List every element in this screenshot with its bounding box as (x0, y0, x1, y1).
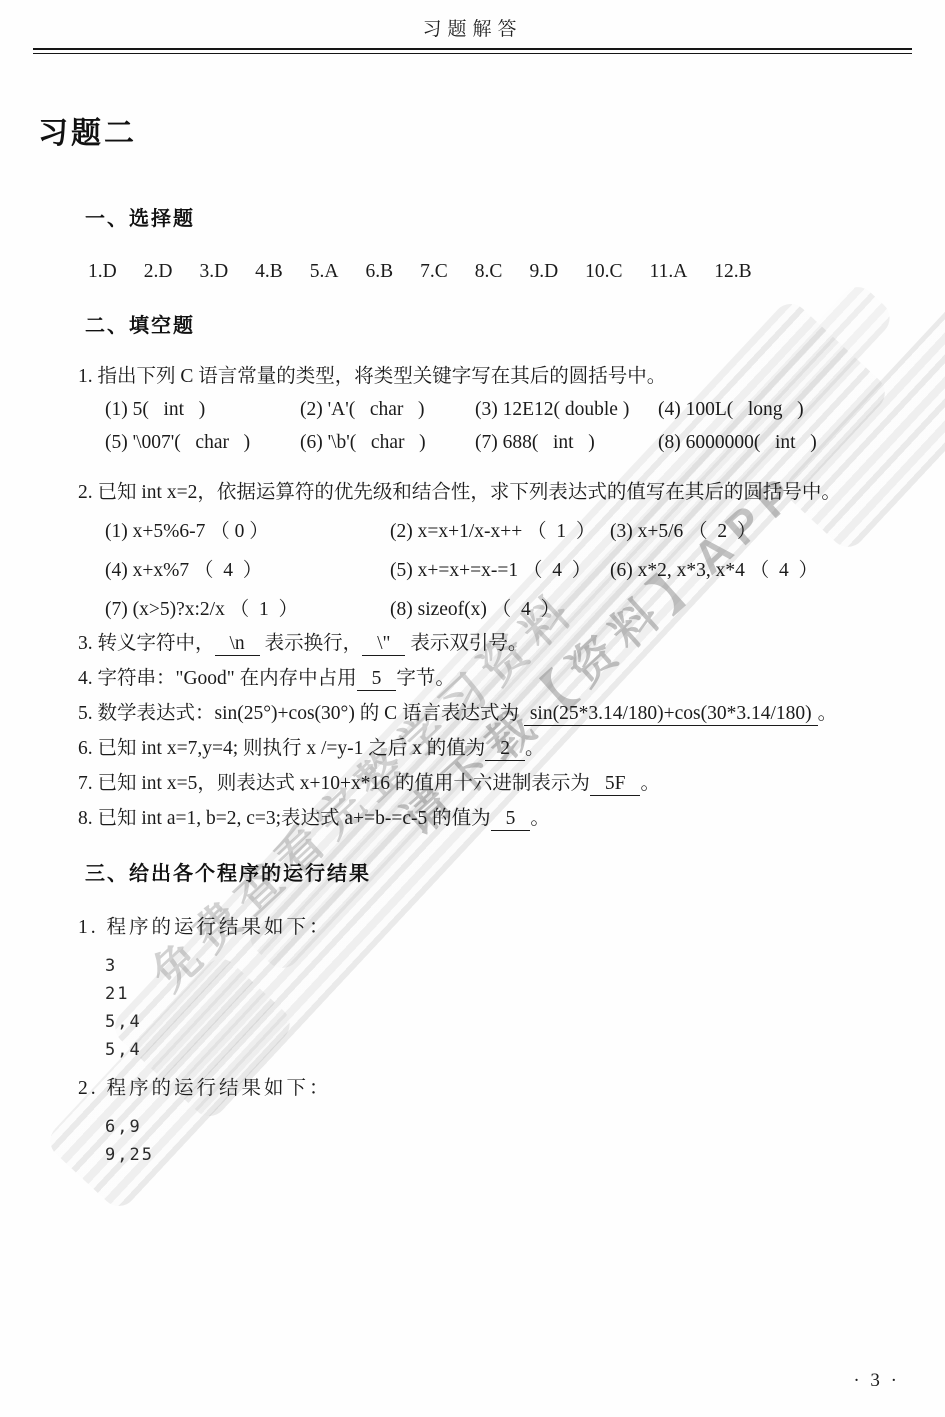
chapter-title: 习题二 (38, 108, 945, 152)
fill-item-2-row2: (4) x+x%7 （ 4 ） (5) x+=x+=x-=1 （ 4 ） (6)… (105, 554, 945, 582)
output-line: 6,9 (105, 1113, 945, 1141)
choice-answer: 4.B (255, 261, 283, 283)
program-1-output: 3 21 5,4 5,4 (105, 952, 945, 1064)
blank-answer: \n (215, 632, 260, 656)
expression-answer: (7) (x>5)?x:2/x （ 1 ） (105, 593, 390, 621)
fill-item-1-stem: 1. 指出下列 C 语言常量的类型，将类型关键字写在其后的圆括号中。 (78, 365, 945, 388)
item-text: 8. 已知 int a=1, b=2, c=3;表达式 a+=b-=c-5 的值… (78, 808, 491, 829)
program-2-label: 2. 程序的运行结果如下： (78, 1077, 945, 1100)
item-text: 。 (640, 773, 660, 794)
constant-answer: (2) 'A'( char ) (300, 399, 475, 421)
item-text: 表示双引号。 (405, 633, 527, 654)
choice-answer: 12.B (714, 261, 751, 283)
constant-answer: (3) 12E12( double ) (475, 399, 658, 421)
blank-answer: 5 (357, 667, 397, 691)
item-text: 。 (525, 738, 545, 759)
section-heading-programs: 三、给出各个程序的运行结果 (85, 857, 945, 886)
choice-answers-row: 1.D 2.D 3.D 4.B 5.A 6.B 7.C 8.C 9.D 10.C… (88, 261, 945, 283)
fill-item-2-row1: (1) x+5%6-7 （ 0 ） (2) x=x+1/x-x++ （ 1 ） … (105, 515, 945, 543)
item-text: 。 (530, 808, 550, 829)
expression-answer: (2) x=x+1/x-x++ （ 1 ） (390, 515, 610, 543)
constant-answer: (4) 100L( long ) (658, 399, 804, 421)
fill-item-3: 3. 转义字符中，\n 表示换行，\" 表示双引号。 (78, 632, 945, 656)
blank-answer: \" (362, 632, 405, 656)
blank-answer: 5 (491, 807, 531, 831)
choice-answer: 8.C (475, 261, 503, 283)
blank-answer: 5F (590, 772, 641, 796)
expression-answer: (3) x+5/6 （ 2 ） (610, 515, 756, 543)
fill-item-2-row3: (7) (x>5)?x:2/x （ 1 ） (8) sizeof(x) （ 4 … (105, 593, 945, 621)
constant-answer: (6) '\b'( char ) (300, 432, 475, 454)
page-number: · 3 · (853, 1370, 900, 1392)
choice-answer: 5.A (310, 261, 339, 283)
expression-answer: (6) x*2, x*3, x*4 （ 4 ） (610, 554, 818, 582)
item-text: 。 (818, 703, 838, 724)
constant-answer: (5) '\007'( char ) (105, 432, 300, 454)
item-text: 字节。 (396, 668, 455, 689)
output-line: 21 (105, 980, 945, 1008)
choice-answer: 6.B (366, 261, 394, 283)
output-line: 5,4 (105, 1036, 945, 1064)
document-page: 习题解答 习题二 一、选择题 1.D 2.D 3.D 4.B 5.A 6.B 7… (0, 14, 945, 1169)
output-line: 5,4 (105, 1008, 945, 1036)
fill-item-5: 5. 数学表达式：sin(25°)+cos(30°) 的 C 语言表达式为 si… (78, 702, 945, 726)
expression-answer: (4) x+x%7 （ 4 ） (105, 554, 390, 582)
choice-answer: 1.D (88, 261, 117, 283)
constant-answer: (8) 6000000( int ) (658, 432, 817, 454)
program-1-label: 1. 程序的运行结果如下： (78, 916, 945, 939)
constant-answer: (1) 5( int ) (105, 399, 300, 421)
item-text: 5. 数学表达式：sin(25°)+cos(30°) 的 C 语言表达式为 (78, 703, 519, 724)
fill-item-7: 7. 已知 int x=5，则表达式 x+10+x*16 的值用十六进制表示为5… (78, 772, 945, 796)
item-text: 表示换行， (260, 633, 362, 654)
fill-item-1-row1: (1) 5( int ) (2) 'A'( char ) (3) 12E12( … (105, 399, 945, 421)
expression-answer: (1) x+5%6-7 （ 0 ） (105, 515, 390, 543)
output-line: 3 (105, 952, 945, 980)
constant-answer: (7) 688( int ) (475, 432, 658, 454)
program-2-output: 6,9 9,25 (105, 1113, 945, 1169)
fill-item-4: 4. 字符串："Good" 在内存中占用5字节。 (78, 667, 945, 691)
fill-item-8: 8. 已知 int a=1, b=2, c=3;表达式 a+=b-=c-5 的值… (78, 807, 945, 831)
blank-answer: 2 (485, 737, 525, 761)
section-heading-choice: 一、选择题 (85, 202, 945, 231)
item-text: 4. 字符串："Good" 在内存中占用 (78, 668, 357, 689)
running-header: 习题解答 (0, 14, 945, 41)
choice-answer: 11.A (650, 261, 688, 283)
choice-answer: 2.D (144, 261, 173, 283)
output-line: 9,25 (105, 1141, 945, 1169)
section-heading-fill: 二、填空题 (85, 309, 945, 338)
item-text: 3. 转义字符中， (78, 633, 215, 654)
choice-answer: 10.C (585, 261, 622, 283)
choice-answer: 9.D (529, 261, 558, 283)
choice-answer: 3.D (199, 261, 228, 283)
fill-item-1-row2: (5) '\007'( char ) (6) '\b'( char ) (7) … (105, 432, 945, 454)
expression-answer: (8) sizeof(x) （ 4 ） (390, 593, 610, 621)
expression-answer: (5) x+=x+=x-=1 （ 4 ） (390, 554, 610, 582)
fill-item-6: 6. 已知 int x=7,y=4; 则执行 x /=y-1 之后 x 的值为2… (78, 737, 945, 761)
blank-answer: sin(25*3.14/180)+cos(30*3.14/180) (524, 702, 818, 726)
item-text: 6. 已知 int x=7,y=4; 则执行 x /=y-1 之后 x 的值为 (78, 738, 485, 759)
item-text: 7. 已知 int x=5，则表达式 x+10+x*16 的值用十六进制表示为 (78, 773, 590, 794)
header-divider-rule (33, 48, 912, 54)
fill-item-2-stem: 2. 已知 int x=2，依据运算符的优先级和结合性，求下列表达式的值写在其后… (78, 481, 945, 504)
choice-answer: 7.C (420, 261, 448, 283)
